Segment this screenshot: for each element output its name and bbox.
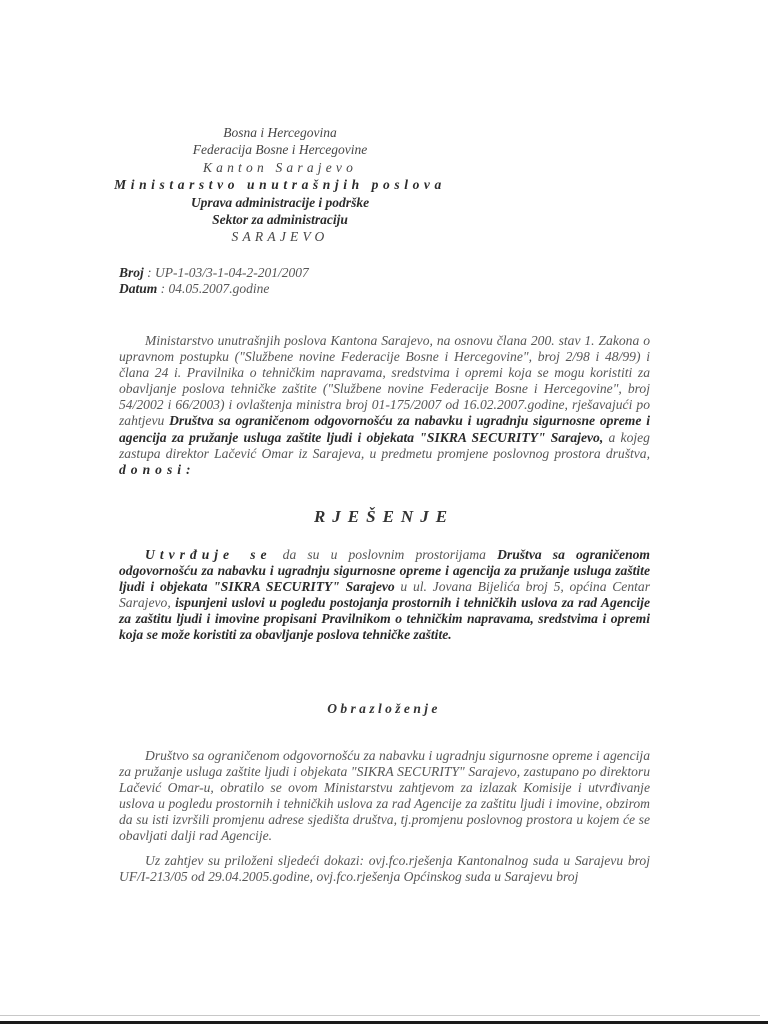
intro-company-name: Društva sa ograničenom odgovornošću za n… [119, 413, 650, 444]
letterhead-federation: Federacija Bosne i Hercegovine [110, 141, 450, 158]
decision-text: da su u poslovnim prostorijama [272, 547, 498, 562]
decision-heading: RJEŠENJE [0, 507, 768, 527]
intro-donosi: donosi: [119, 462, 196, 477]
reference-number: Broj : UP-1-03/3-1-04-2-201/2007 [119, 265, 309, 281]
reasoning-text-2: Uz zahtjev su priloženi sljedeći dokazi:… [119, 853, 650, 884]
reference-number-label: Broj [119, 265, 144, 280]
reasoning-paragraph-1: Društvo sa ograničenom odgovornošću za n… [119, 748, 650, 845]
reference-block: Broj : UP-1-03/3-1-04-2-201/2007 Datum :… [119, 265, 309, 297]
decision-lead: Utvrđuje se [145, 547, 272, 562]
reference-date: Datum : 04.05.2007.godine [119, 281, 309, 297]
scan-edge-line [0, 1015, 760, 1016]
reasoning-text-1: Društvo sa ograničenom odgovornošću za n… [119, 748, 650, 843]
decision-conclusion: ispunjeni uslovi u pogledu postojanja pr… [119, 595, 650, 642]
letterhead: Bosna i Hercegovina Federacija Bosne i H… [110, 124, 450, 246]
document-page: Bosna i Hercegovina Federacija Bosne i H… [0, 0, 768, 1024]
letterhead-country: Bosna i Hercegovina [110, 124, 450, 141]
reasoning-heading: Obrazloženje [0, 701, 768, 717]
reference-number-value: UP-1-03/3-1-04-2-201/2007 [155, 265, 309, 280]
letterhead-city: SARAJEVO [110, 228, 450, 245]
reference-date-value: 04.05.2007.godine [169, 281, 270, 296]
letterhead-ministry: Ministarstvo unutrašnjih poslova [110, 176, 450, 193]
letterhead-administration: Uprava administracije i podrške [110, 194, 450, 211]
intro-paragraph: Ministarstvo unutrašnjih poslova Kantona… [119, 333, 650, 478]
reference-date-label: Datum [119, 281, 157, 296]
reasoning-paragraph-2: Uz zahtjev su priloženi sljedeći dokazi:… [119, 853, 650, 885]
decision-paragraph: Utvrđuje se da su u poslovnim prostorija… [119, 547, 650, 644]
letterhead-canton: Kanton Sarajevo [110, 159, 450, 176]
letterhead-sector: Sektor za administraciju [110, 211, 450, 228]
